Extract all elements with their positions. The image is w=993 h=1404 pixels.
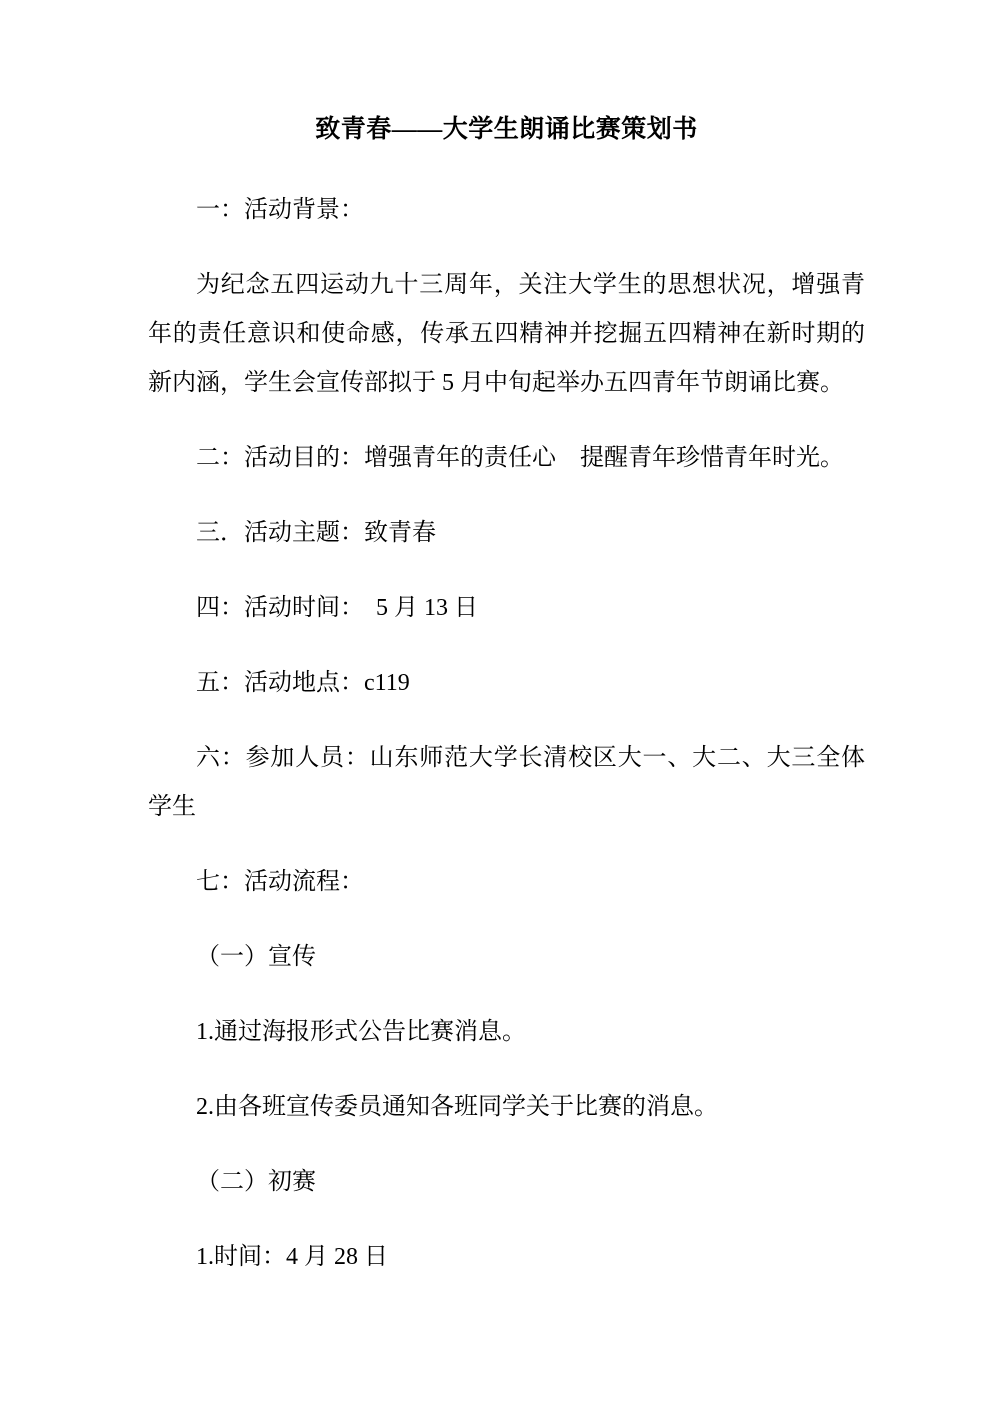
list-item-preliminary-time: 1.时间：4 月 28 日 [148, 1233, 865, 1282]
heading-1-activity-background: 一：活动背景： [148, 186, 865, 235]
heading-7-activity-process: 七：活动流程： [148, 858, 865, 907]
heading-6-participants: 六：参加人员：山东师范大学长清校区大一、大二、大三全体学生 [148, 734, 865, 832]
document-page: 致青春——大学生朗诵比赛策划书 一：活动背景： 为纪念五四运动九十三周年，关注大… [0, 0, 993, 1404]
heading-5-activity-location: 五：活动地点：c119 [148, 659, 865, 708]
list-item-class-notification: 2.由各班宣传委员通知各班同学关于比赛的消息。 [148, 1083, 865, 1132]
subheading-2-preliminary-round: （二）初赛 [148, 1158, 865, 1207]
heading-4-activity-time: 四：活动时间： 5 月 13 日 [148, 584, 865, 633]
paragraph-background-description: 为纪念五四运动九十三周年，关注大学生的思想状况，增强青年的责任意识和使命感，传承… [148, 261, 865, 408]
heading-3-activity-theme: 三．活动主题：致青春 [148, 509, 865, 558]
list-item-poster-announcement: 1.通过海报形式公告比赛消息。 [148, 1008, 865, 1057]
subheading-1-publicity: （一）宣传 [148, 933, 865, 982]
heading-2-activity-purpose: 二：活动目的：增强青年的责任心 提醒青年珍惜青年时光。 [148, 434, 865, 483]
document-title: 致青春——大学生朗诵比赛策划书 [148, 108, 865, 152]
